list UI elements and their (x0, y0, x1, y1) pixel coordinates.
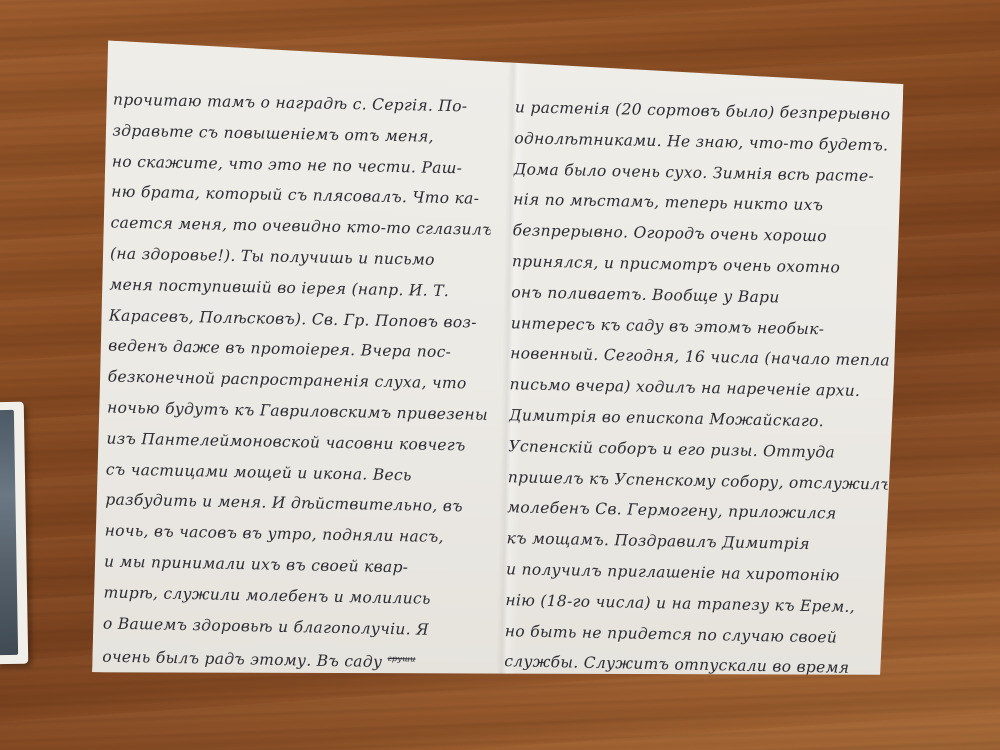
letter-line: (8 шт.) высадили; клумбу перекопалъ внов… (101, 670, 482, 708)
photograph-image (0, 410, 18, 655)
letter-line: службы. Служитъ отпускали во время (504, 647, 885, 685)
letter-right-column: и растенія (20 сортовъ было) безпрерывно… (503, 92, 895, 715)
handwritten-letter: прочитаю тамъ о наградѣ с. Сергія. По- з… (92, 40, 904, 687)
letter-line: моего отпуска сердечнаго Спутника (503, 677, 884, 715)
letter-line-text: очень былъ радъ этому. Въ саду (102, 648, 382, 671)
strikethrough-insertion: груши (387, 654, 415, 664)
old-photograph (0, 402, 28, 665)
letter-left-column: прочитаю тамъ о наградѣ с. Сергія. По- з… (101, 85, 493, 708)
